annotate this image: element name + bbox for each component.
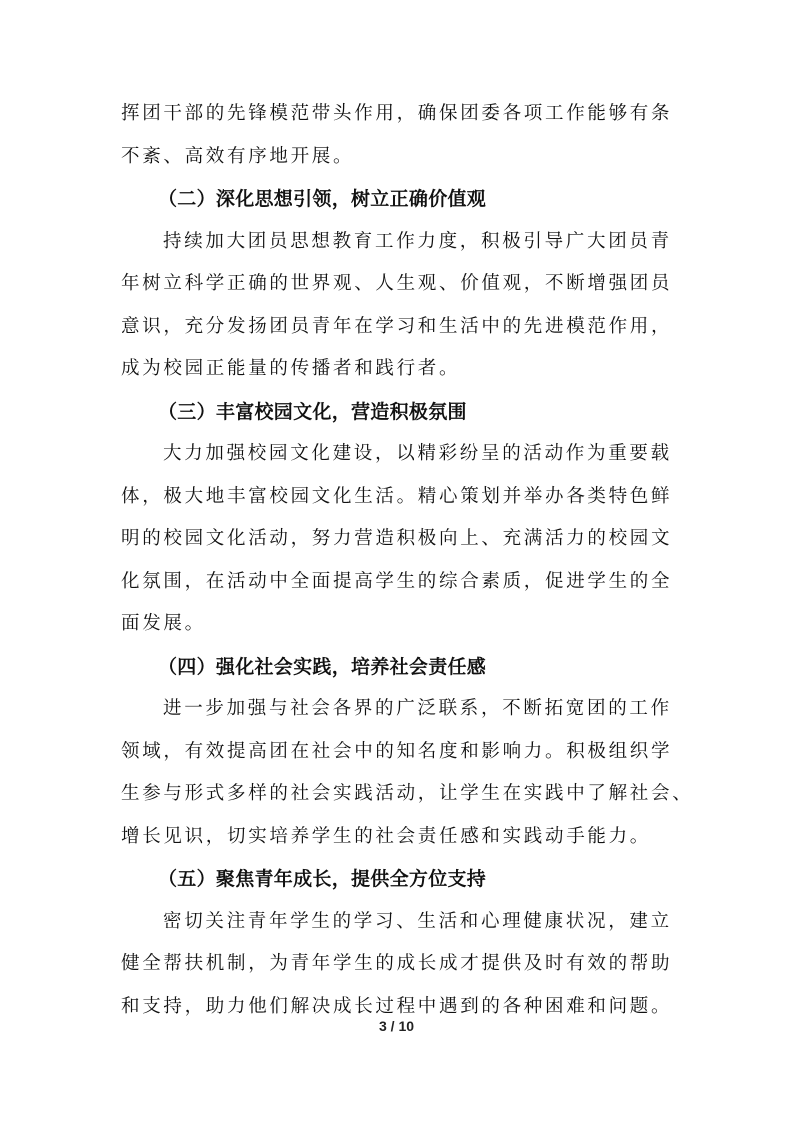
section-heading-2: （二）深化思想引领，树立正确价值观 xyxy=(121,178,677,221)
text-line: 大力加强校园文化建设，以精彩纷呈的活动作为重要载 xyxy=(121,433,677,476)
text-line: 密切关注青年学生的学习、生活和心理健康状况，建立 xyxy=(121,901,677,944)
text-line: 健全帮扶机制，为青年学生的成长成才提供及时有效的帮助 xyxy=(121,943,677,986)
text-line: 持续加大团员思想教育工作力度，积极引导广大团员青 xyxy=(121,221,677,264)
text-line: 年树立科学正确的世界观、人生观、价值观，不断增强团员 xyxy=(121,263,677,306)
section-heading-3: （三）丰富校园文化，营造积极氛围 xyxy=(121,391,677,434)
section-heading-4: （四）强化社会实践，培养社会责任感 xyxy=(121,646,677,689)
text-line: 明的校园文化活动，努力营造积极向上、充满活力的校园文 xyxy=(121,518,677,561)
text-line: 面发展。 xyxy=(121,603,677,646)
text-line: 挥团干部的先锋模范带头作用，确保团委各项工作能够有条 xyxy=(121,93,677,136)
section-heading-5: （五）聚焦青年成长，提供全方位支持 xyxy=(121,858,677,901)
text-line: 意识，充分发扬团员青年在学习和生活中的先进模范作用， xyxy=(121,306,677,349)
paragraph-continuation: 挥团干部的先锋模范带头作用，确保团委各项工作能够有条 不紊、高效有序地开展。 xyxy=(121,93,677,178)
paragraph-section-2: 持续加大团员思想教育工作力度，积极引导广大团员青 年树立科学正确的世界观、人生观… xyxy=(121,221,677,391)
text-line: 体，极大地丰富校园文化生活。精心策划并举办各类特色鲜 xyxy=(121,476,677,519)
text-line: 生参与形式多样的社会实践活动，让学生在实践中了解社会、 xyxy=(121,773,677,816)
text-line: 领域，有效提高团在社会中的知名度和影响力。积极组织学 xyxy=(121,731,677,774)
paragraph-section-5: 密切关注青年学生的学习、生活和心理健康状况，建立 健全帮扶机制，为青年学生的成长… xyxy=(121,901,677,1029)
page-number: 3 / 10 xyxy=(0,1018,793,1034)
text-line: 进一步加强与社会各界的广泛联系，不断拓宽团的工作 xyxy=(121,688,677,731)
text-line: 成为校园正能量的传播者和践行者。 xyxy=(121,348,677,391)
document-body: 挥团干部的先锋模范带头作用，确保团委各项工作能够有条 不紊、高效有序地开展。 （… xyxy=(121,93,677,1028)
paragraph-section-4: 进一步加强与社会各界的广泛联系，不断拓宽团的工作 领域，有效提高团在社会中的知名… xyxy=(121,688,677,858)
text-line: 增长见识，切实培养学生的社会责任感和实践动手能力。 xyxy=(121,816,677,859)
text-line: 不紊、高效有序地开展。 xyxy=(121,136,677,179)
text-line: 化氛围，在活动中全面提高学生的综合素质，促进学生的全 xyxy=(121,561,677,604)
paragraph-section-3: 大力加强校园文化建设，以精彩纷呈的活动作为重要载 体，极大地丰富校园文化生活。精… xyxy=(121,433,677,646)
